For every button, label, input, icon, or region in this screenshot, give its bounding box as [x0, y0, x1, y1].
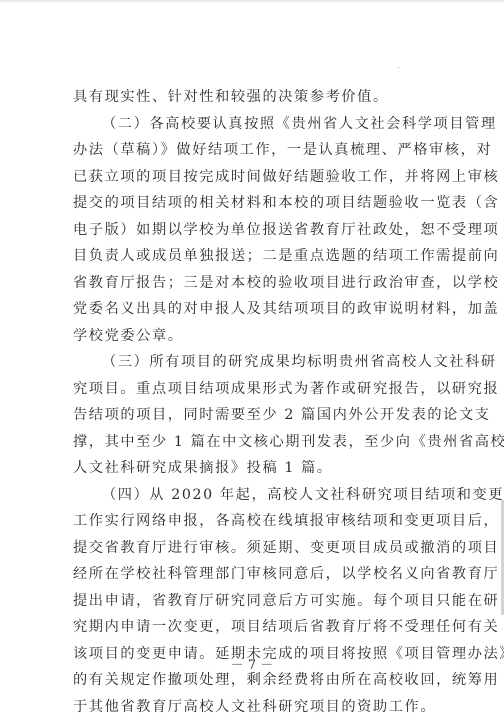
text-line: 提交省教育厅进行审核。须延期、变更项目成员或撤消的项目 [73, 535, 431, 562]
text-line: 党委名义出具的对申报人及其结项项目的政审说明材料，加盖 [73, 296, 431, 323]
scan-speck [398, 67, 399, 68]
text-line: 人文社科研究成果摘报》投稿 1 篇。 [73, 455, 431, 482]
text-line: 省教育厅报告；三是对本校的验收项目进行政治审查，以学校 [73, 270, 431, 297]
text-line: 提交的项目结项的相关材料和本校的项目结题验收一览表（含 [73, 190, 431, 217]
document-body: 具有现实性、针对性和较强的决策参考价值。 （二）各高校要认真按照《贵州省人文社会… [73, 84, 431, 720]
text-line: 目负责人或成员单独报送；二是重点选题的结项工作需提前向 [73, 243, 431, 270]
text-line: 学校党委公章。 [73, 323, 431, 350]
text-line: 经所在学校社科管理部门审核同意后，以学校名义向省教育厅 [73, 561, 431, 588]
text-line: 究项目。重点项目结项成果形式为著作或研究报告，以研究报 [73, 376, 431, 403]
text-line: 告结项的项目，同时需要至少 2 篇国内外公开发表的论文支 [73, 402, 431, 429]
text-line: 办法（草稿）》做好结项工作，一是认真梳理、严格审核，对 [73, 137, 431, 164]
text-line: 究期内申请一次变更，项目结项后省教育厅将不受理任何有关 [73, 614, 431, 641]
page-number: － 7 － [0, 654, 504, 673]
paragraph-2-start: （二）各高校要认真按照《贵州省人文社会科学项目管理 [73, 111, 431, 138]
text-line: 于其他省教育厅高校人文社科研究项目的资助工作。 [73, 694, 431, 720]
top-border [0, 0, 504, 2]
text-line: 提出申请，省教育厅研究同意后方可实施。每个项目只能在研 [73, 588, 431, 615]
text-line: 工作实行网络申报，各高校在线填报审核结项和变更项目后， [73, 508, 431, 535]
text-line: 电子版）如期以学校为单位报送省教育厅社政处，恕不受理项 [73, 217, 431, 244]
text-line: 撑，其中至少 1 篇在中文核心期刊发表，至少向《贵州省高校 [73, 429, 431, 456]
paragraph-4-start: （四）从 2020 年起，高校人文社科研究项目结项和变更 [73, 482, 431, 509]
text-line: 已获立项的项目按完成时间做好结题验收工作，并将网上审核 [73, 164, 431, 191]
text-line: 具有现实性、针对性和较强的决策参考价值。 [73, 84, 431, 111]
paragraph-3-start: （三）所有项目的研究成果均标明贵州省高校人文社科研 [73, 349, 431, 376]
